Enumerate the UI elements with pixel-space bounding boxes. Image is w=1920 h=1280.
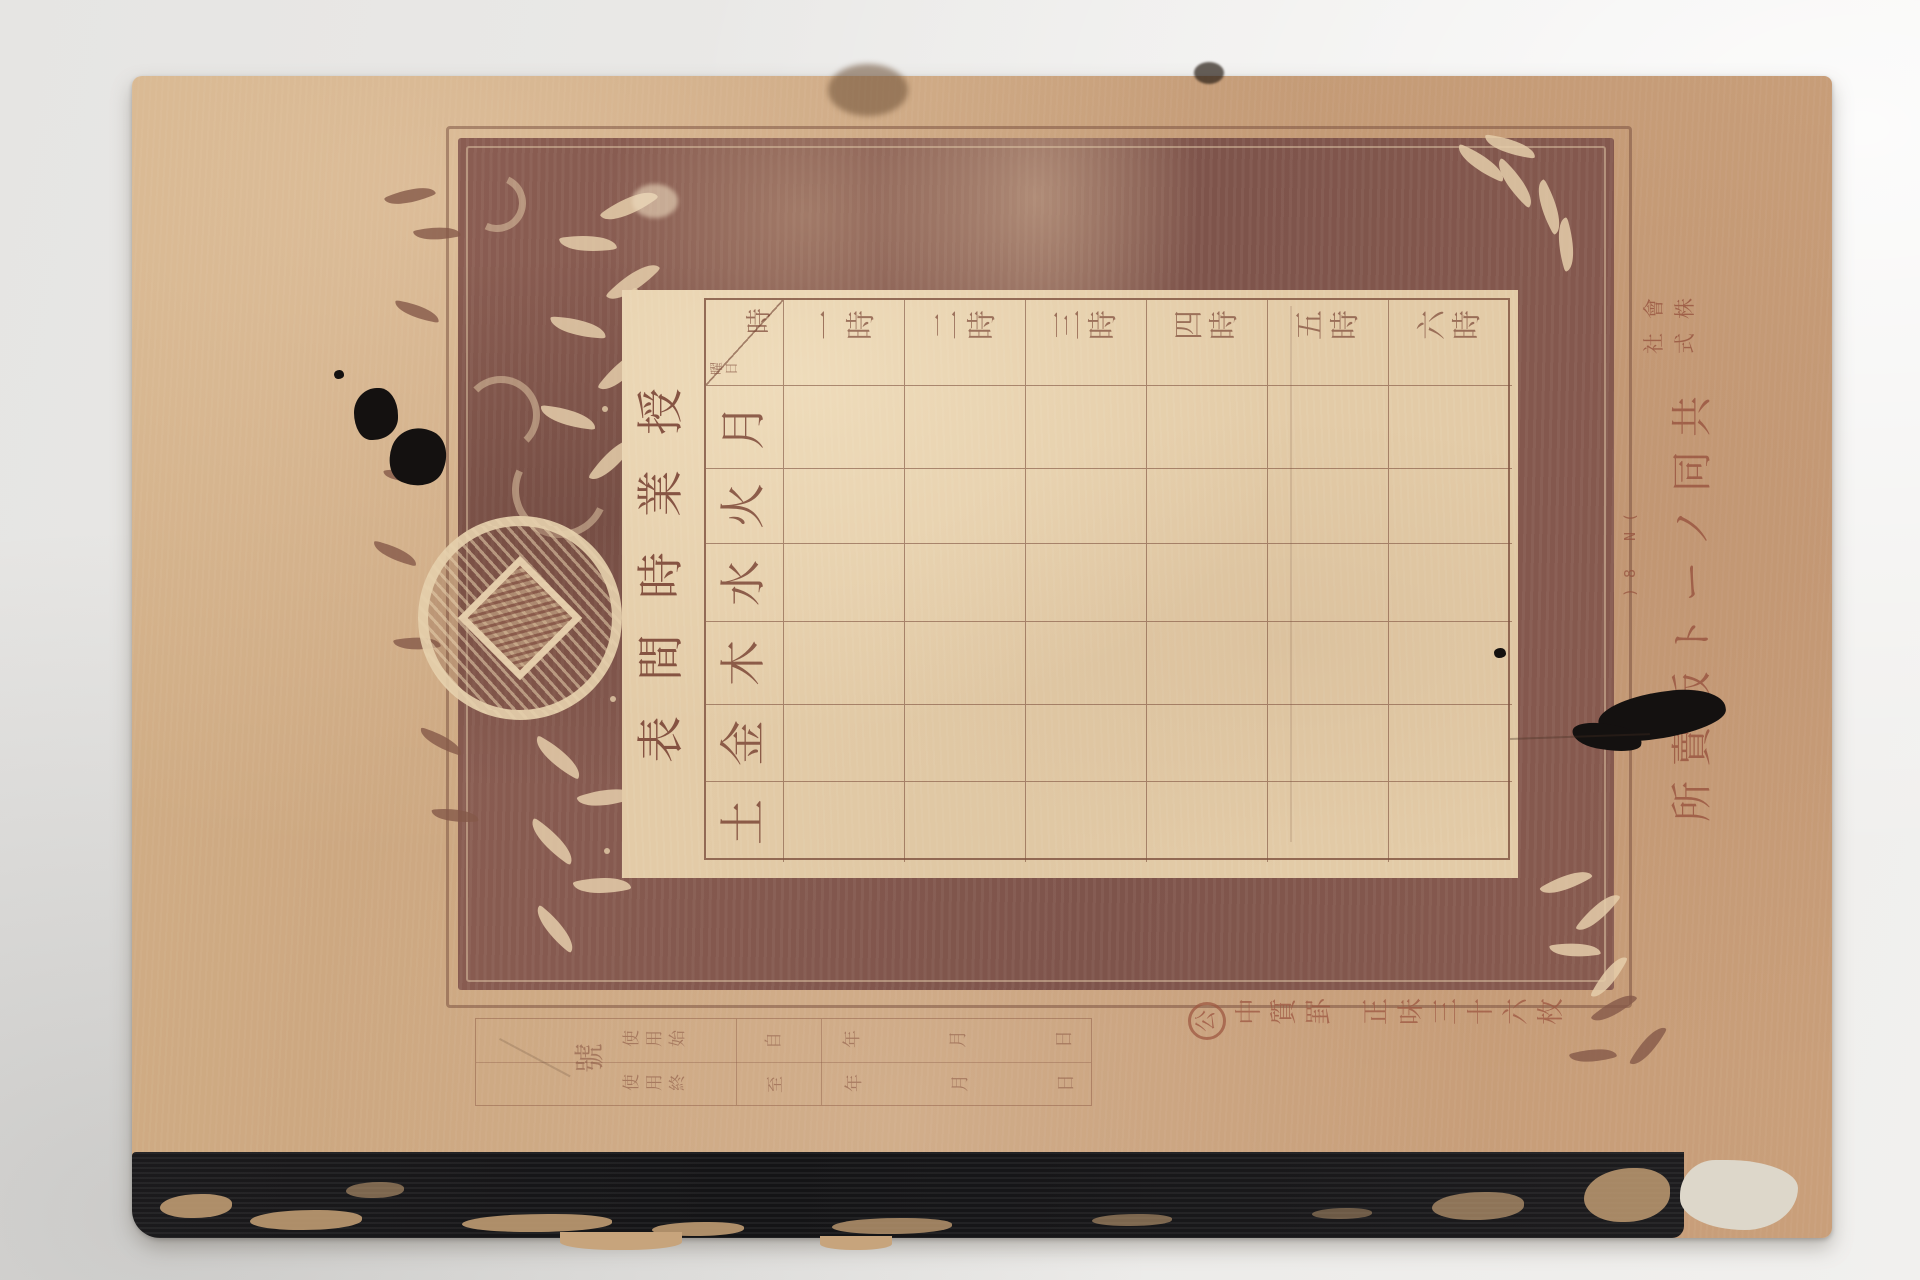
timetable-cell	[905, 386, 1026, 469]
period-header-5: 五時	[1268, 300, 1389, 386]
dirt-stain	[828, 64, 908, 116]
timetable-cell	[1147, 782, 1268, 862]
timetable-cell	[784, 469, 905, 544]
timetable-cell	[1147, 469, 1268, 544]
timetable-cell	[784, 544, 905, 622]
timetable-cell	[1389, 544, 1512, 622]
period-header-1: 一時	[784, 300, 905, 386]
timetable-cell	[1268, 469, 1389, 544]
period-header-4: 四時	[1147, 300, 1268, 386]
swirl-ornament	[462, 376, 540, 454]
berry-dot-ornament	[604, 848, 610, 854]
day-header-tue: 火	[706, 469, 784, 544]
timetable-cell	[1026, 469, 1147, 544]
period-header-2: 二時	[905, 300, 1026, 386]
timetable-cell	[784, 705, 905, 782]
usage-period-table: 號 使用始 使用終 自 至 年月日 年月日	[475, 1018, 1092, 1106]
laurel-leaf-ornament	[371, 541, 419, 567]
timetable-cell	[905, 782, 1026, 862]
timetable-cell	[905, 622, 1026, 705]
timetable-cell	[1389, 469, 1512, 544]
period-header-6: 六時	[1389, 300, 1512, 386]
period-header-3: 三時	[1026, 300, 1147, 386]
laurel-leaf-ornament	[393, 300, 441, 323]
timetable-cell	[1026, 622, 1147, 705]
timetable-cell	[1389, 782, 1512, 862]
ink-stain	[354, 388, 398, 440]
hour-corner-label: 時	[747, 308, 773, 334]
usage-end-label: 使用終	[624, 1074, 687, 1091]
timetable-cell	[1389, 386, 1512, 469]
to-label: 至	[768, 1076, 785, 1093]
day-header-sat: 土	[706, 782, 784, 862]
timetable-cell	[1268, 544, 1389, 622]
date-fields-row1: 年月日	[844, 1030, 1074, 1048]
frayed-tab	[820, 1236, 892, 1250]
timetable-cell	[1268, 386, 1389, 469]
publisher-name: 共同ノート販賣所	[1656, 396, 1728, 822]
day-header-thu: 木	[706, 622, 784, 705]
torn-paper-patch	[1680, 1160, 1798, 1230]
timetable-cell	[1026, 544, 1147, 622]
timetable-cell	[1389, 622, 1512, 705]
notebook-back-cover: 授業時間表 時 曜日 一時 二時 三時 四時 五時 六時 月	[132, 76, 1832, 1238]
timetable-cell	[905, 469, 1026, 544]
timetable-cell	[1147, 622, 1268, 705]
dirt-stain	[1194, 62, 1224, 84]
timetable-cell	[1147, 386, 1268, 469]
from-label: 自	[766, 1032, 783, 1049]
date-fields-row2: 年月日	[846, 1074, 1076, 1092]
timetable-cell	[1026, 386, 1147, 469]
day-header-mon: 月	[706, 386, 784, 469]
timetable-cell	[1389, 705, 1512, 782]
laurel-leaf-ornament	[1569, 1042, 1617, 1068]
worn-spot	[632, 184, 678, 218]
paper-spec-text: 中質罫正味三十六枚	[1236, 998, 1565, 1025]
publisher-seal-icon: 公	[1188, 1002, 1226, 1040]
timetable-cell	[1268, 782, 1389, 862]
corner-header-cell: 時 曜日	[706, 300, 784, 386]
laurel-leaf-ornament	[1629, 1021, 1667, 1071]
ink-stain	[1494, 648, 1506, 658]
laurel-leaf-ornament	[384, 179, 436, 213]
usage-start-label: 使用始	[624, 1030, 687, 1047]
timetable-cell	[1026, 782, 1147, 862]
weekday-corner-label: 曜日	[711, 362, 739, 375]
timetable-cell	[784, 782, 905, 862]
catalog-number: (N8)	[1624, 510, 1638, 600]
timetable-cell	[784, 386, 905, 469]
timetable-panel: 授業時間表 時 曜日 一時 二時 三時 四時 五時 六時 月	[622, 290, 1518, 878]
berry-dot-ornament	[610, 696, 616, 702]
timetable-title: 授業時間表	[638, 388, 685, 763]
frayed-tab	[560, 1232, 682, 1250]
table-divider	[476, 1062, 1091, 1063]
number-label: 號	[576, 1043, 606, 1073]
day-header-wed: 水	[706, 544, 784, 622]
timetable-cell	[1147, 544, 1268, 622]
berry-dot-ornament	[602, 406, 608, 412]
timetable-grid: 時 曜日 一時 二時 三時 四時 五時 六時 月 火 水	[704, 298, 1510, 860]
timetable-cell	[784, 622, 905, 705]
timetable-cell	[1026, 705, 1147, 782]
timetable-cell	[905, 544, 1026, 622]
timetable-cell	[1268, 622, 1389, 705]
timetable-cell	[905, 705, 1026, 782]
timetable-cell	[1268, 705, 1389, 782]
publisher-company-type: 會社 株式	[1644, 298, 1696, 354]
ink-stain	[334, 370, 344, 379]
timetable-cell	[1147, 705, 1268, 782]
spine-binding-tape	[132, 1152, 1832, 1238]
day-header-fri: 金	[706, 705, 784, 782]
